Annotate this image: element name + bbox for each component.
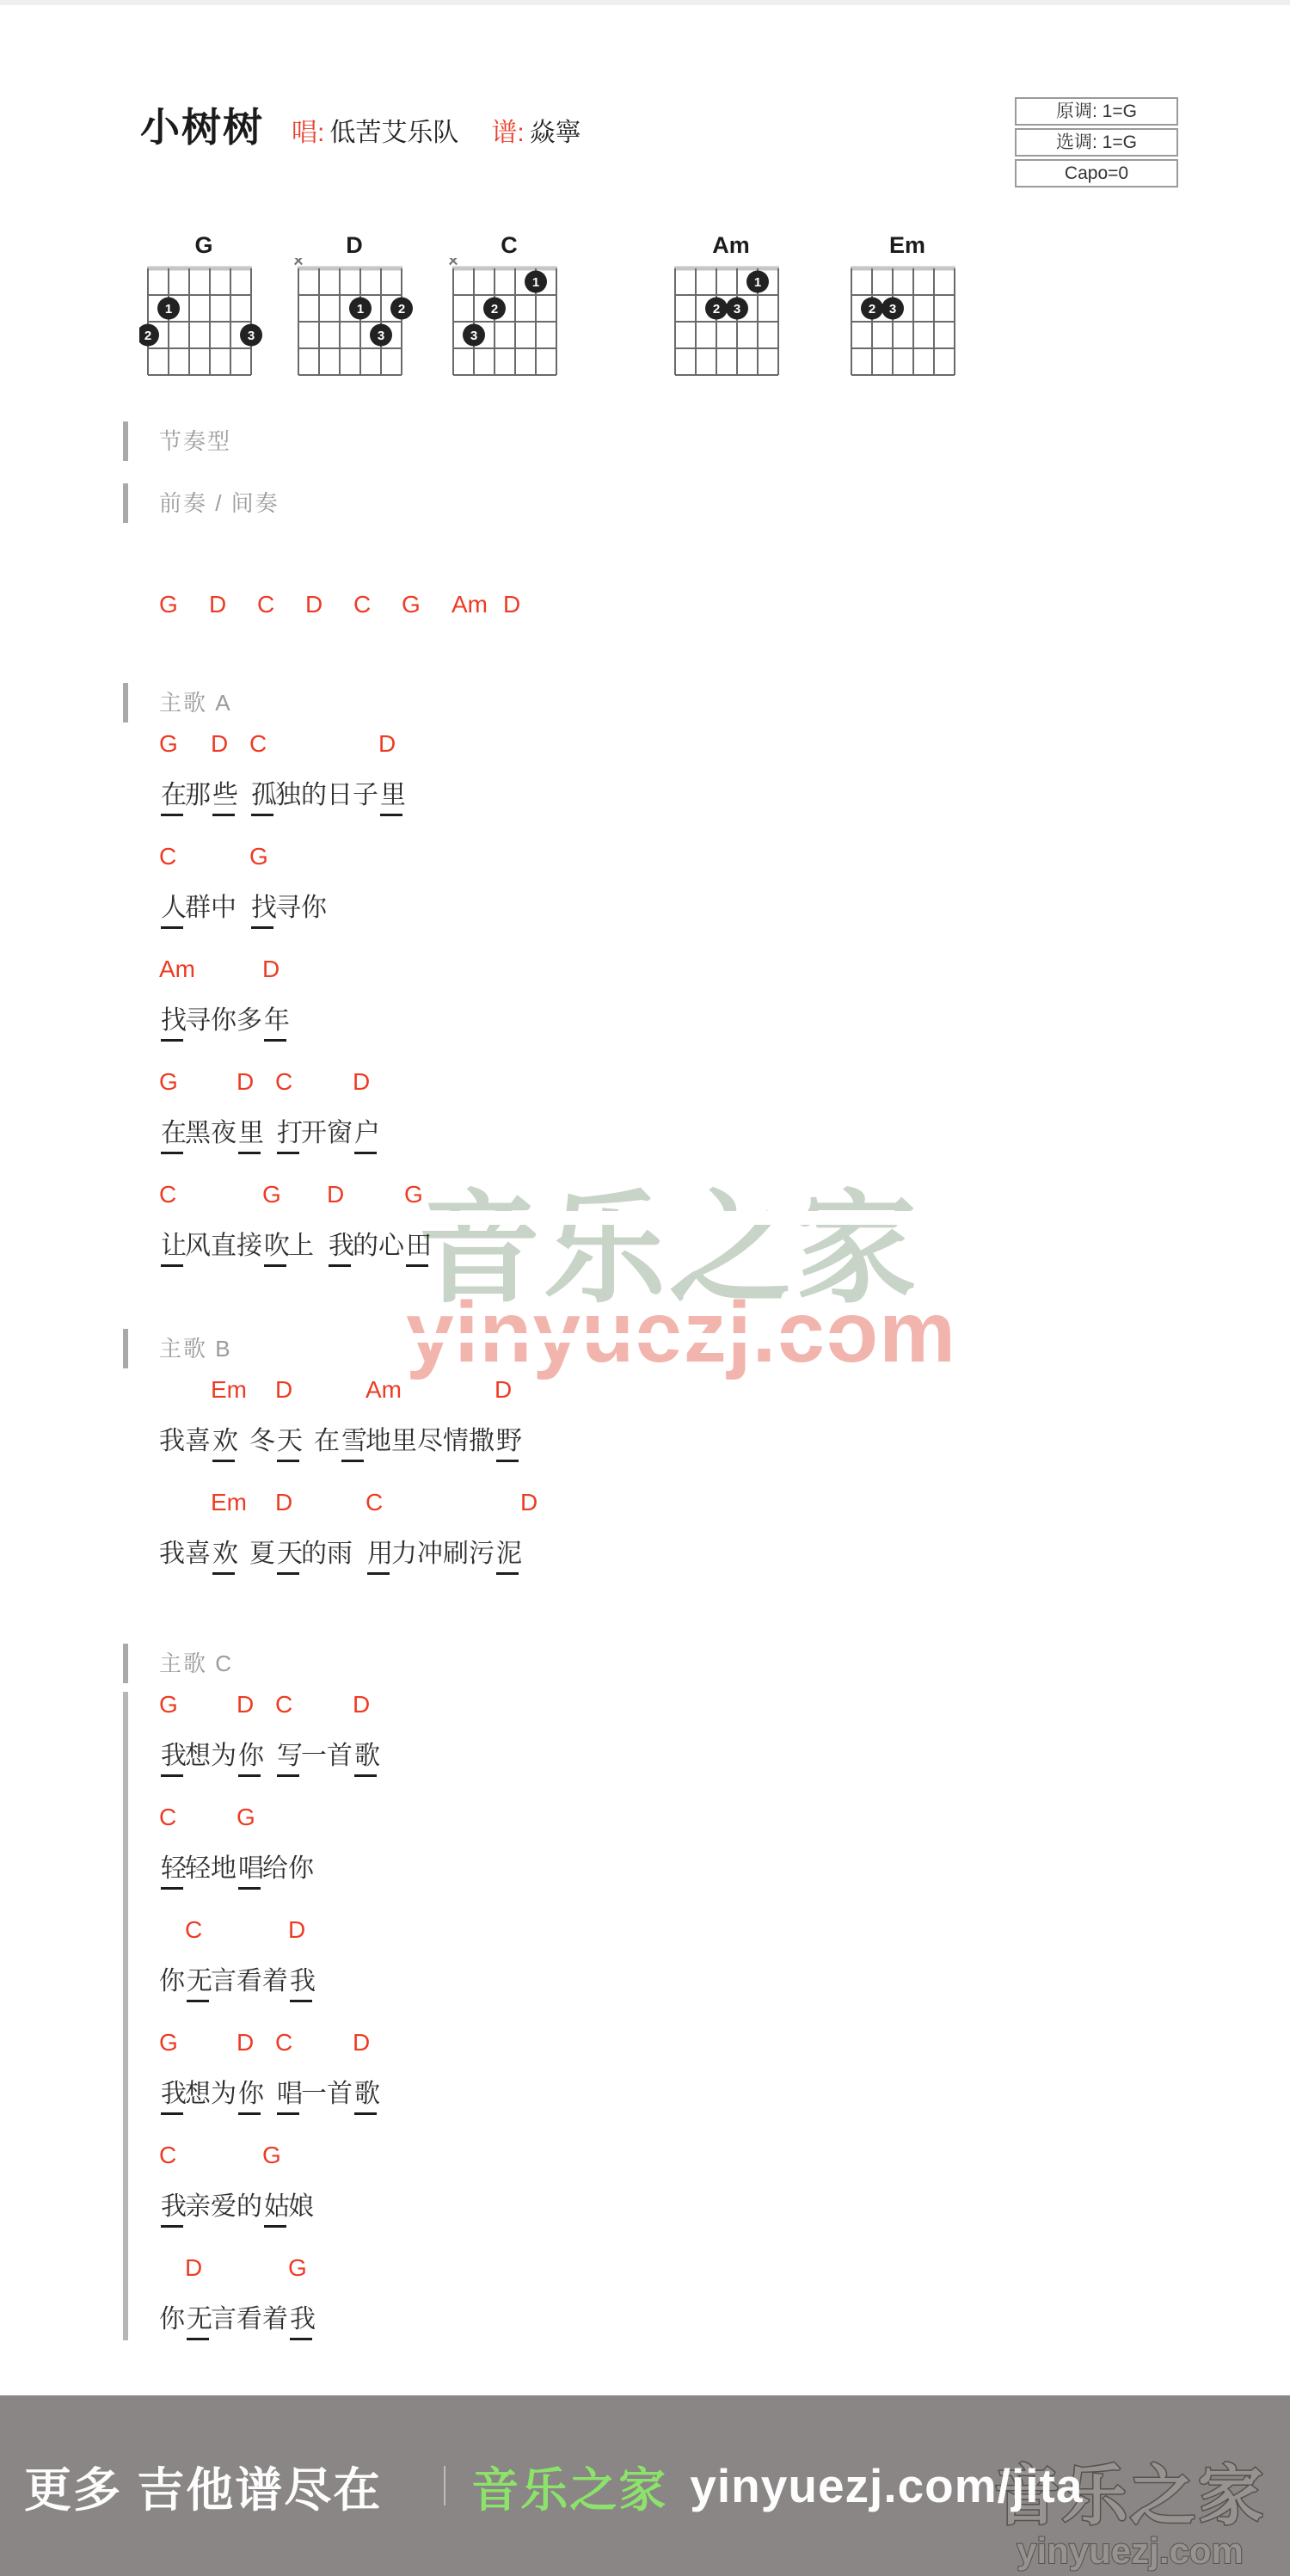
section-intro: 前奏 / 间奏GDCDCGAmD [123,483,1241,618]
chord-symbol: D [520,1490,537,1515]
chord-symbol: D [327,1182,344,1208]
svg-text:1: 1 [165,302,172,317]
svg-text:3: 3 [470,329,477,343]
chord-symbol: D [236,1069,254,1095]
section-title: 主歌 A [159,683,232,722]
muted-string-marker: × [448,258,458,271]
lyric-line: 我亲爱的姑娘 [159,2192,1241,2228]
section-title: 主歌 B [159,1329,232,1368]
chord-diagrams-row: G123D×123C×123Am123Em23 [0,232,1290,387]
chord-symbol: C [275,1692,292,1718]
key-row: Capo=0 [1015,159,1178,188]
section-title: 节奏型 [159,421,231,461]
section-lines: GDCDCGAmD [123,592,1241,618]
chord-symbol: G [159,1692,178,1718]
section-title: 前奏 / 间奏 [159,483,279,523]
chord-symbol: C [257,592,274,618]
section-header: 主歌 A [123,683,1241,722]
credits: 唱: 低苦艾乐队 谱: 焱寧 [292,111,581,149]
chord-symbol: G [404,1182,423,1208]
svg-text:1: 1 [754,275,761,290]
section-header: 节奏型 [123,421,1241,461]
chord-symbol: D [503,592,520,618]
chord-symbol: C [353,592,371,618]
chord-diagram-D: D×123 [290,232,419,380]
key-info-box: 原调: 1=G选调: 1=GCapo=0 [1015,97,1178,190]
lyric-line: 在那些 孤独的日子里 [159,781,1241,816]
key-row: 选调: 1=G [1015,128,1178,157]
chord-symbol: D [353,1069,370,1095]
chord-symbol: D [236,1692,254,1718]
lyric-line: 我想为你 唱一首歌 [159,2080,1241,2115]
chord-symbol: D [275,1377,292,1403]
chord-symbol: C [249,731,267,757]
chord-symbol: G [402,592,421,618]
chord-symbol: G [236,1804,255,1830]
chord-symbol: D [353,1692,370,1718]
chord-symbol: Am [451,592,488,618]
chord-symbol: D [185,2255,202,2281]
chord-symbol: D [288,1917,305,1943]
footer-bar: 更多 吉他谱尽在 音乐之家 yinyuezj.com/jita 音乐之家 yin… [0,2395,1290,2576]
singer-name: 低苦艾乐队 [329,111,458,149]
fretboard-grid: 123 [666,258,795,380]
footer-link[interactable]: yinyuezj.com/jita [690,2458,1083,2513]
section-header: 前奏 / 间奏 [123,483,1241,523]
chord-symbol: D [211,731,228,757]
chord-symbol: D [275,1490,292,1515]
chord-line: GDCDCGAmD [159,592,1241,618]
svg-text:2: 2 [713,302,720,317]
chord-line: EmDAmD [159,1377,1241,1403]
chord-symbol: G [159,731,178,757]
lyric-line: 我喜欢 夏天的雨 用力冲刷污泥 [159,1540,1241,1575]
chord-line: CD [159,1917,1241,1943]
chord-diagram-label: C [445,232,574,258]
lyric-line: 在黑夜里 打开窗户 [159,1119,1241,1154]
section-verse-b: 主歌 BEmDAmD我喜欢 冬天 在雪地里尽情撒野EmDCD我喜欢 夏天的雨 用… [123,1329,1241,1575]
section-lines: EmDAmD我喜欢 冬天 在雪地里尽情撒野EmDCD我喜欢 夏天的雨 用力冲刷污… [123,1377,1241,1575]
footer-divider [444,2466,445,2505]
lyric-line: 找寻你多年 [159,1006,1241,1042]
section-lines: GDCD在那些 孤独的日子里CG人群中 找寻你AmD找寻你多年GDCD在黑夜里 … [123,731,1241,1267]
fretboard-grid: 23 [843,258,972,380]
chord-symbol: G [262,2143,281,2168]
sheet-content: 节奏型前奏 / 间奏GDCDCGAmD主歌 AGDCD在那些 孤独的日子里CG人… [123,421,1241,2340]
chord-symbol: D [305,592,322,618]
svg-text:1: 1 [532,275,539,290]
fretboard-grid: 123 [139,258,268,380]
chord-sheet-page: 小树树 唱: 低苦艾乐队 谱: 焱寧 原调: 1=G选调: 1=GCapo=0 … [0,0,1290,2576]
chord-symbol: C [185,1917,202,1943]
chord-symbol: Am [159,956,195,982]
chord-line: DG [159,2255,1241,2281]
svg-text:2: 2 [398,302,405,317]
svg-text:3: 3 [889,302,896,317]
section-verse-c: 主歌 CGDCD我想为你 写一首歌CG轻轻地唱给你CD你无言看着我GDCD我想为… [123,1644,1241,2340]
lyric-line: 你无言看着我 [159,1967,1241,2002]
section-rhythm: 节奏型 [123,421,1241,461]
fretboard-grid: ×123 [445,258,574,380]
section-lines: GDCD我想为你 写一首歌CG轻轻地唱给你CD你无言看着我GDCD我想为你 唱一… [123,1692,1241,2340]
svg-text:2: 2 [144,329,151,343]
chord-line: CG [159,844,1241,870]
chord-symbol: G [288,2255,307,2281]
chord-symbol: G [159,592,178,618]
chord-line: CG [159,1804,1241,1830]
section-header: 主歌 B [123,1329,1241,1368]
chord-line: GDCD [159,731,1241,757]
chord-symbol: D [494,1377,512,1403]
lyric-line: 我想为你 写一首歌 [159,1742,1241,1777]
chord-symbol: C [365,1490,383,1515]
chord-line: GDCD [159,2030,1241,2056]
section-marker-bar [123,683,128,722]
fretboard-grid: ×123 [290,258,419,380]
chord-line: CGDG [159,1182,1241,1208]
chord-line: AmD [159,956,1241,982]
muted-string-marker: × [293,258,304,271]
svg-text:2: 2 [869,302,875,317]
chord-line: EmDCD [159,1490,1241,1515]
chord-symbol: C [275,2030,292,2056]
lyric-line: 人群中 找寻你 [159,894,1241,929]
svg-text:2: 2 [491,302,498,317]
chord-line: CG [159,2143,1241,2168]
chord-symbol: C [159,1804,176,1830]
chord-diagram-label: Em [843,232,972,258]
footer-more-text: 更多 吉他谱尽在 [24,2452,382,2520]
arranger-label: 谱: [491,111,524,149]
chord-line: GDCD [159,1692,1241,1718]
chord-symbol: D [353,2030,370,2056]
footer-brand: 音乐之家 [471,2452,667,2520]
svg-text:1: 1 [357,302,364,317]
chord-diagram-label: Am [666,232,795,258]
sheet-header: 小树树 唱: 低苦艾乐队 谱: 焱寧 [140,96,581,153]
chord-symbol: C [275,1069,292,1095]
chord-symbol: Am [365,1377,402,1403]
chord-symbol: G [262,1182,281,1208]
chord-symbol: D [378,731,396,757]
chord-diagram-G: G123 [139,232,268,380]
section-marker-bar [123,421,128,461]
top-strip [0,0,1290,5]
lyric-line: 轻轻地唱给你 [159,1854,1241,1890]
svg-text:3: 3 [248,329,255,343]
chord-diagram-label: D [290,232,419,258]
section-title: 主歌 C [159,1644,233,1683]
section-header: 主歌 C [123,1644,1241,1683]
lyric-line: 你无言看着我 [159,2305,1241,2340]
chord-diagram-Em: Em23 [843,232,972,380]
svg-text:3: 3 [734,302,740,317]
chord-symbol: D [262,956,279,982]
section-verse-a: 主歌 AGDCD在那些 孤独的日子里CG人群中 找寻你AmD找寻你多年GDCD在… [123,683,1241,1267]
song-title: 小树树 [140,96,264,153]
chord-symbol: Em [211,1490,247,1515]
svg-text:3: 3 [378,329,384,343]
chord-symbol: G [159,1069,178,1095]
chord-symbol: C [159,844,176,870]
chord-symbol: D [209,592,226,618]
chord-diagram-label: G [139,232,268,258]
section-marker-bar [123,483,128,523]
stamp-site: yinyuezj.com [994,2531,1266,2571]
singer-label: 唱: [292,111,324,149]
chord-symbol: C [159,1182,176,1208]
chord-diagram-C: C×123 [445,232,574,380]
section-marker-bar [123,1329,128,1368]
chord-line: GDCD [159,1069,1241,1095]
section-marker-bar [123,1644,128,1683]
key-row: 原调: 1=G [1015,97,1178,126]
arranger-name: 焱寧 [530,111,581,149]
lyric-line: 我喜欢 冬天 在雪地里尽情撒野 [159,1427,1241,1462]
chord-symbol: G [249,844,268,870]
chord-symbol: G [159,2030,178,2056]
chord-diagram-Am: Am123 [666,232,795,380]
lyric-line: 让风直接吹上 我的心田 [159,1232,1241,1267]
chord-symbol: D [236,2030,254,2056]
chord-symbol: C [159,2143,176,2168]
chord-symbol: Em [211,1377,247,1403]
